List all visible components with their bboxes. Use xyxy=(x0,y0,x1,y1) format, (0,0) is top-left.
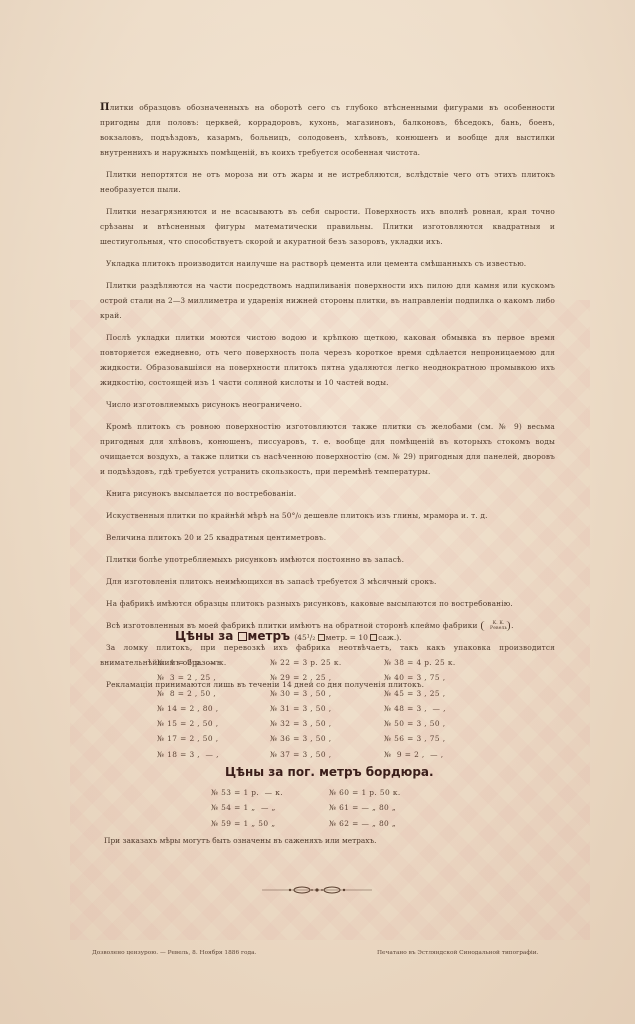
border-prices-title: Цѣны за пог. метръ бордюра. xyxy=(225,765,434,779)
price-row: № 45 = 3 , 25 , xyxy=(384,686,456,701)
censorship-note: Дозволено цензурою. — Ревель, 8. Ноября … xyxy=(92,950,256,956)
paragraph: Плитки раздѣляются на части посредствомъ… xyxy=(100,278,555,323)
paragraph: Укладка плитокъ производится наилучше на… xyxy=(100,256,555,271)
price-row: № 54 = 1 „ — „ xyxy=(211,800,283,815)
paragraph: Плитки образцовъ обозначенныхъ на оборот… xyxy=(100,100,555,160)
price-row: № 3 = 2 , 25 , xyxy=(157,670,227,685)
factory-stamp-mark: К. К.Ревель xyxy=(481,621,510,631)
measurement-note: При заказахъ мѣры могутъ быть означены в… xyxy=(104,836,377,845)
price-row: № 15 = 2 , 50 , xyxy=(157,716,227,731)
price-row: № 29 = 2 , 25 , xyxy=(270,670,342,685)
paragraph: На фабрикѣ имѣются образцы плитокъ разны… xyxy=(100,596,555,611)
price-row: № 59 = 1 „ 50 „ xyxy=(211,816,283,831)
price-column: № 60 = 1 р. 50 к.№ 61 = — „ 80 „№ 62 = —… xyxy=(329,785,401,831)
paragraph: Кромѣ плитокъ съ ровною поверхностію изг… xyxy=(100,419,555,479)
paragraph: Плитки непортятся не отъ мороза ни отъ ж… xyxy=(100,167,555,197)
price-row: № 56 = 3 , 75 , xyxy=(384,731,456,746)
price-row: № 37 = 3 , 50 , xyxy=(270,747,342,762)
price-row: № 48 = 3 , — , xyxy=(384,701,456,716)
price-column: № 1 = 2 р. — к.№ 3 = 2 , 25 ,№ 8 = 2 , 5… xyxy=(157,655,227,762)
price-row: № 17 = 2 , 50 , xyxy=(157,731,227,746)
paragraph: Книга рисунокъ высылается по востребован… xyxy=(100,486,555,501)
square-prices-subtitle: (45¹/₂ метр. = 10 саж.). xyxy=(294,633,401,642)
price-row: № 31 = 3 , 50 , xyxy=(270,701,342,716)
price-row: № 38 = 4 р. 25 к. xyxy=(384,655,456,670)
paragraph: Плитки незагрязняются и не всасываютъ въ… xyxy=(100,204,555,249)
paragraph: Послѣ укладки плитки моются чистою водою… xyxy=(100,330,555,390)
square-symbol-icon xyxy=(318,634,325,641)
paragraph: Плитки болѣе употребляемыхъ рисунковъ им… xyxy=(100,552,555,567)
price-row: № 50 = 3 , 50 , xyxy=(384,716,456,731)
price-row: № 62 = — „ 80 „ xyxy=(329,816,401,831)
price-row: № 22 = 3 р. 25 к. xyxy=(270,655,342,670)
price-row: № 32 = 3 , 50 , xyxy=(270,716,342,731)
price-row: № 53 = 1 р. — к. xyxy=(211,785,283,800)
price-row: № 1 = 2 р. — к. xyxy=(157,655,227,670)
price-column: № 53 = 1 р. — к.№ 54 = 1 „ — „№ 59 = 1 „… xyxy=(211,785,283,831)
price-row: № 30 = 3 , 50 , xyxy=(270,686,342,701)
price-row: № 61 = — „ 80 „ xyxy=(329,800,401,815)
paragraph: Величина плитокъ 20 и 25 квадратныя цент… xyxy=(100,530,555,545)
price-row: № 60 = 1 р. 50 к. xyxy=(329,785,401,800)
paragraph: Для изготовленія плитокъ неимѣющихся въ … xyxy=(100,574,555,589)
price-row: № 18 = 3 , — , xyxy=(157,747,227,762)
square-symbol-icon xyxy=(370,634,377,641)
square-prices-title: Цѣны за метръ (45¹/₂ метр. = 10 саж.). xyxy=(175,629,402,643)
paragraph: Число изготовляемыхъ рисунокъ неограниче… xyxy=(100,397,555,412)
price-row: № 40 = 3 , 75 , xyxy=(384,670,456,685)
printer-note: Печатано въ Эстляндской Синодальной типо… xyxy=(377,950,538,956)
price-column: № 38 = 4 р. 25 к.№ 40 = 3 , 75 ,№ 45 = 3… xyxy=(384,655,456,762)
square-symbol-icon xyxy=(238,632,247,641)
document-body: Плитки образцовъ обозначенныхъ на оборот… xyxy=(100,100,555,699)
price-column: № 22 = 3 р. 25 к.№ 29 = 2 , 25 ,№ 30 = 3… xyxy=(270,655,342,762)
price-row: № 8 = 2 , 50 , xyxy=(157,686,227,701)
price-row: № 36 = 3 , 50 , xyxy=(270,731,342,746)
decorative-divider-ornament xyxy=(262,884,372,896)
price-row: № 9 = 2 , — , xyxy=(384,747,456,762)
paragraph: Искуственныя плитки по крайнѣй мѣрѣ на 5… xyxy=(100,508,555,523)
drop-cap: П xyxy=(100,102,110,113)
price-row: № 14 = 2 , 80 , xyxy=(157,701,227,716)
